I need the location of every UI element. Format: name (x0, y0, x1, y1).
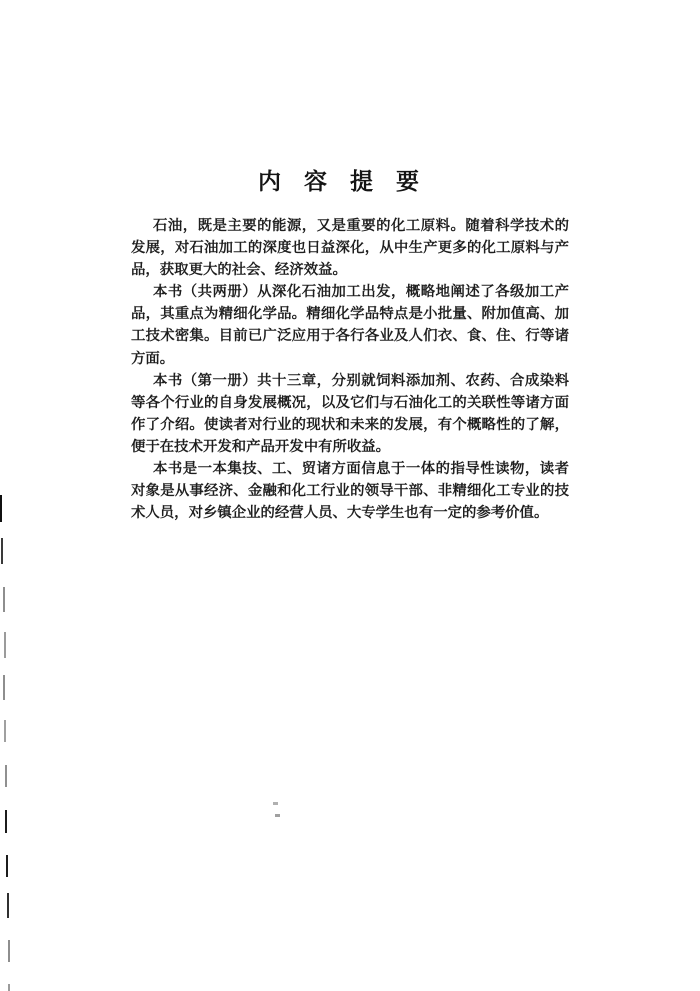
scan-artifact-speck (275, 814, 280, 817)
text-line: 作了介绍。使读者对行业的现状和未来的发展，有个概略性的了解， (131, 414, 569, 436)
text-line: 石油，既是主要的能源，又是重要的化工原料。随着科学技术的 (131, 215, 569, 237)
text-line: 术人员，对乡镇企业的经营人员、大专学生也有一定的参考价值。 (131, 502, 569, 524)
paragraph: 本书是一本集技、工、贸诸方面信息于一体的指导性读物，读者对象是从事经济、金融和化… (131, 458, 569, 524)
text-line: 便于在技术开发和产品开发中有所收益。 (131, 436, 569, 458)
text-line: 品，获取更大的社会、经济效益。 (131, 259, 569, 281)
scanned-book-page: 内容提要 石油，既是主要的能源，又是重要的化工原料。随着科学技术的发展，对石油加… (0, 0, 700, 991)
scan-artifact-dash (3, 675, 5, 700)
scan-artifact-dash (6, 855, 8, 877)
scan-artifact-dash (3, 587, 5, 612)
text-line: 方面。 (131, 348, 569, 370)
scan-artifact-dash (5, 810, 7, 833)
paragraph: 本书（第一册）共十三章，分别就饲料添加剂、农药、合成染料等各个行业的自身发展概况… (131, 370, 569, 458)
text-line: 本书（第一册）共十三章，分别就饲料添加剂、农药、合成染料 (131, 370, 569, 392)
scan-artifact-dash (8, 940, 10, 962)
text-line: 等各个行业的自身发展概况，以及它们与石油化工的关联性等诸方面 (131, 392, 569, 414)
scan-artifact-speck (273, 802, 278, 805)
text-line: 本书是一本集技、工、贸诸方面信息于一体的指导性读物，读者 (131, 458, 569, 480)
scan-artifact-dash (1, 538, 3, 564)
scan-artifact-dash (5, 765, 7, 787)
scan-artifact-dash (4, 632, 6, 658)
text-line: 本书（共两册）从深化石油加工出发，概略地阐述了各级加工产 (131, 281, 569, 303)
page-title: 内容提要 (258, 168, 442, 196)
summary-text-block: 石油，既是主要的能源，又是重要的化工原料。随着科学技术的发展，对石油加工的深度也… (131, 215, 569, 524)
page-title-row: 内容提要 (0, 168, 700, 199)
text-line: 品，其重点为精细化学品。精细化学品特点是小批量、附加值高、加 (131, 303, 569, 325)
scan-artifact-dash (4, 720, 6, 742)
text-line: 工技术密集。目前已广泛应用于各行各业及人们衣、食、住、行等诸 (131, 325, 569, 347)
text-line: 发展，对石油加工的深度也日益深化，从中生产更多的化工原料与产 (131, 237, 569, 259)
paragraph: 石油，既是主要的能源，又是重要的化工原料。随着科学技术的发展，对石油加工的深度也… (131, 215, 569, 281)
scan-artifact-dash (7, 893, 9, 918)
text-line: 对象是从事经济、金融和化工行业的领导干部、非精细化工专业的技 (131, 480, 569, 502)
scan-artifact-dash (8, 984, 10, 991)
paragraph: 本书（共两册）从深化石油加工出发，概略地阐述了各级加工产品，其重点为精细化学品。… (131, 281, 569, 369)
scan-artifact-dash (0, 495, 2, 522)
